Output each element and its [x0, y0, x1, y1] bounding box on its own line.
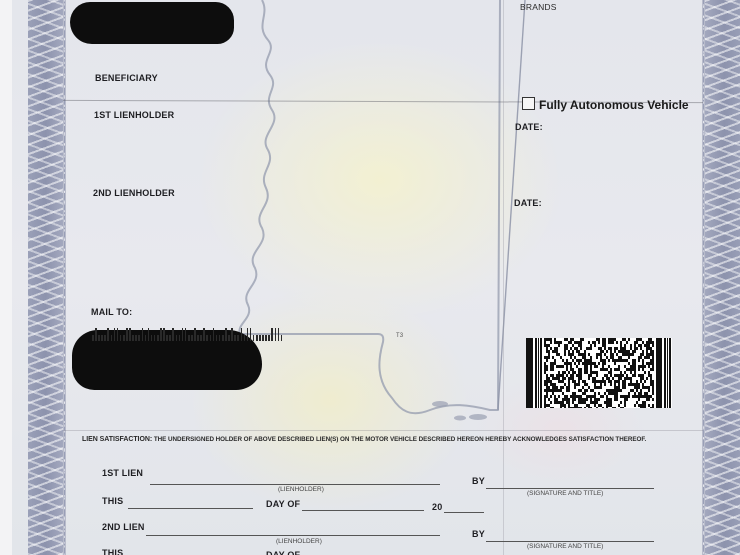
first-year-prefix: 20 — [432, 502, 442, 512]
first-lienholder-field[interactable] — [150, 484, 440, 485]
map-marker-label: T3 — [396, 332, 403, 339]
fully-autonomous-label: Fully Autonomous Vehicle — [539, 98, 689, 112]
first-signature-caption: (SIGNATURE AND TITLE) — [527, 490, 603, 497]
postal-barcode — [92, 327, 282, 341]
first-lien-label: 1ST LIEN — [102, 468, 143, 478]
first-lien-date-label: DATE: — [515, 122, 543, 132]
fully-autonomous-checkbox[interactable] — [522, 97, 535, 110]
first-this-label: THIS — [102, 496, 123, 506]
fold-line-2 — [63, 430, 703, 431]
second-by-label: BY — [472, 529, 485, 539]
fold-line-vertical — [503, 0, 504, 555]
title-document: BRANDS BENEFICIARY 1ST LIENHOLDER 2ND LI… — [0, 0, 740, 555]
second-lien-date-label: DATE: — [514, 198, 542, 208]
first-lienholder-label: 1ST LIENHOLDER — [94, 110, 174, 120]
first-lienholder-caption: (LIENHOLDER) — [278, 486, 324, 493]
second-lienholder-field[interactable] — [146, 535, 440, 536]
first-month-field[interactable] — [302, 510, 424, 511]
first-day-of-label: DAY OF — [266, 499, 300, 509]
lien-satisfaction-statement: LIEN SATISFACTION: THE UNDERSIGNED HOLDE… — [82, 436, 646, 443]
second-this-label: THIS — [102, 548, 123, 555]
pdf417-barcode — [526, 338, 672, 408]
beneficiary-label: BENEFICIARY — [95, 73, 158, 83]
redacted-owner-name — [70, 2, 234, 44]
first-by-label: BY — [472, 476, 485, 486]
first-signature-field[interactable] — [486, 488, 654, 489]
mail-to-label: MAIL TO: — [91, 307, 132, 317]
first-day-field[interactable] — [128, 508, 253, 509]
second-lienholder-label: 2ND LIENHOLDER — [93, 188, 175, 198]
lien-satisfaction-heading: LIEN SATISFACTION: — [82, 436, 152, 443]
second-lienholder-caption: (LIENHOLDER) — [276, 538, 322, 545]
second-lien-label: 2ND LIEN — [102, 522, 145, 532]
lien-satisfaction-text: THE UNDERSIGNED HOLDER OF ABOVE DESCRIBE… — [154, 436, 646, 443]
second-signature-caption: (SIGNATURE AND TITLE) — [527, 543, 603, 550]
second-signature-field[interactable] — [486, 541, 654, 542]
brands-label: BRANDS — [520, 2, 557, 12]
first-year-field[interactable] — [444, 512, 484, 513]
second-day-of-label: DAY OF — [266, 550, 300, 555]
